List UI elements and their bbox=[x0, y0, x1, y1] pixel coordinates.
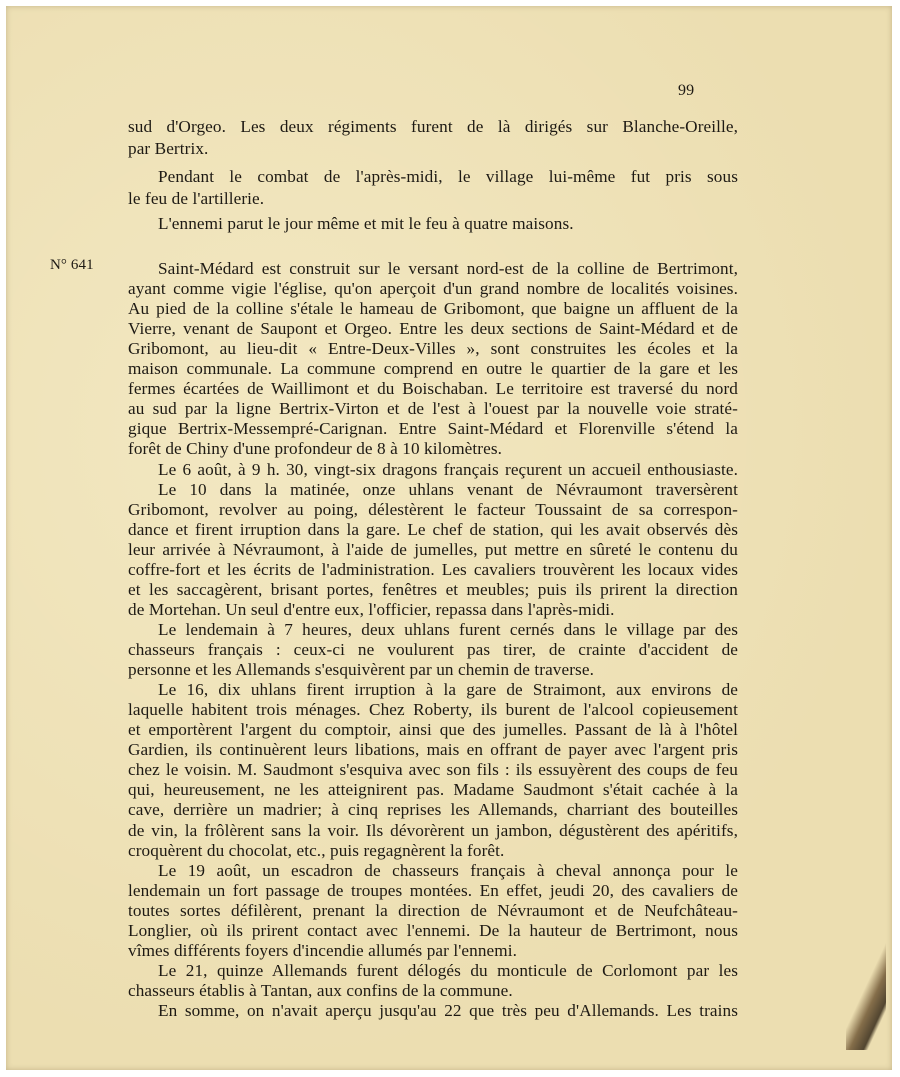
text-line: maison communale. La commune comprend en… bbox=[128, 358, 738, 380]
page-number: 99 bbox=[678, 82, 694, 100]
text-line: chasseurs établis à Tantan, aux confins … bbox=[128, 980, 738, 1002]
text-line: Gribomont, revolver au poing, délestèren… bbox=[128, 499, 738, 521]
text-line: Longlier, où ils prirent contact avec l'… bbox=[128, 920, 738, 942]
text-line: de Mortehan. Un seul d'entre eux, l'offi… bbox=[128, 599, 738, 621]
text-line: Pendant le combat de l'après-midi, le vi… bbox=[128, 166, 738, 188]
text-line: chez le voisin. M. Saudmont s'esquiva av… bbox=[128, 759, 738, 781]
text-line: fermes écartées de Waillimont et du Bois… bbox=[128, 378, 738, 400]
text-line: Gribomont, au lieu-dit « Entre-Deux-Vill… bbox=[128, 338, 738, 360]
text-line: Le 21, quinze Allemands furent délogés d… bbox=[128, 960, 738, 982]
text-line: Le 19 août, un escadron de chasseurs fra… bbox=[128, 860, 738, 882]
text-line: par Bertrix. bbox=[128, 138, 738, 160]
text-line: En somme, on n'avait aperçu jusqu'au 22 … bbox=[128, 1000, 738, 1022]
text-line: forêt de Chiny d'une profondeur de 8 à 1… bbox=[128, 438, 738, 460]
text-line: Le 10 dans la matinée, onze uhlans venan… bbox=[128, 479, 738, 501]
text-line: Le 16, dix uhlans firent irruption à la … bbox=[128, 679, 738, 701]
text-line: personne et les Allemands s'esquivèrent … bbox=[128, 659, 738, 681]
text-line: le feu de l'artillerie. bbox=[128, 188, 738, 210]
text-line: toutes sortes défilèrent, prenant la dir… bbox=[128, 900, 738, 922]
text-line: de vin, la frôlèrent sans la voir. Ils d… bbox=[128, 820, 738, 842]
text-line: qui, heureusement, ne les atteignirent p… bbox=[128, 779, 738, 801]
text-line: lendemain un fort passage de troupes mon… bbox=[128, 880, 738, 902]
text-line: vîmes différents foyers d'incendie allum… bbox=[128, 940, 738, 962]
text-line: leur arrivée à Névraumont, à l'aide de j… bbox=[128, 539, 738, 561]
text-line: Saint-Médard est construit sur le versan… bbox=[128, 258, 738, 280]
text-line: Vierre, venant de Saupont et Orgeo. Entr… bbox=[128, 318, 738, 340]
text-line: chasseurs français : ceux-ci ne vouluren… bbox=[128, 639, 738, 661]
text-line: L'ennemi parut le jour même et mit le fe… bbox=[128, 213, 738, 235]
text-line: croquèrent du chocolat, etc., puis regag… bbox=[128, 840, 738, 862]
text-line: gique Bertrix-Messempré-Carignan. Entre … bbox=[128, 418, 738, 440]
text-line: coffre-fort et les écrits de l'administr… bbox=[128, 559, 738, 581]
text-line: ayant comme vigie l'église, qu'on aperço… bbox=[128, 278, 738, 300]
text-line: cave, derrière un madrier; à cinq repris… bbox=[128, 799, 738, 821]
text-line: Le lendemain à 7 heures, deux uhlans fur… bbox=[128, 619, 738, 641]
text-line: laquelle habitent trois ménages. Chez Ro… bbox=[128, 699, 738, 721]
text-line: dance et firent irruption dans la gare. … bbox=[128, 519, 738, 541]
text-line: et emportèrent l'argent du comptoir, ain… bbox=[128, 719, 738, 741]
page-curl bbox=[846, 940, 886, 1050]
text-line: au sud par la ligne Bertrix-Virton et de… bbox=[128, 398, 738, 420]
text-line: et les saccagèrent, brisant portes, fenê… bbox=[128, 579, 738, 601]
text-line: Le 6 août, à 9 h. 30, vingt-six dragons … bbox=[128, 459, 738, 481]
text-line: sud d'Orgeo. Les deux régiments furent d… bbox=[128, 116, 738, 138]
text-line: Au pied de la colline s'étale le hameau … bbox=[128, 298, 738, 320]
text-line: Gardien, ils continuèrent leurs libation… bbox=[128, 739, 738, 761]
entry-number: N° 641 bbox=[50, 257, 94, 274]
